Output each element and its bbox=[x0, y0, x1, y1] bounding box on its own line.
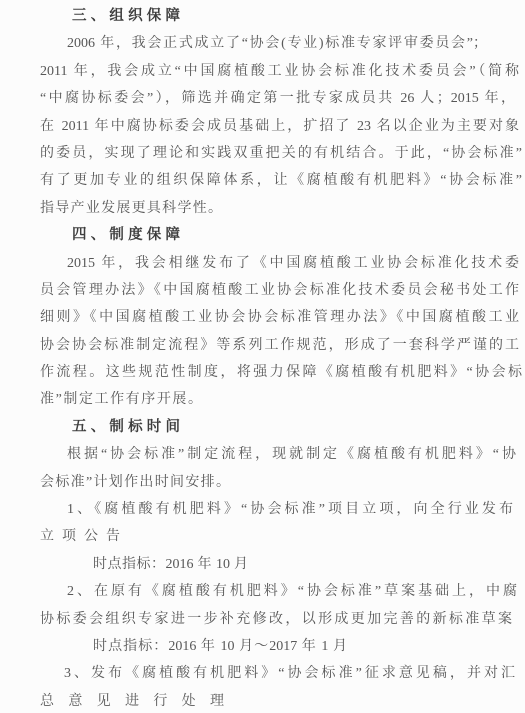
text-line: 2006 年，我会正式成立了“协会(专业)标准专家评审委员会”； bbox=[67, 30, 487, 57]
text-line: 在 2011 年中腐协标委会成员基础上，扩招了 23 名以企业为主要对象 bbox=[40, 113, 519, 140]
section-heading: 三、组织保障 bbox=[72, 3, 180, 30]
text-line: 2011 年，我会成立“中国腐植酸工业协会标准化技术委员会”（简称 bbox=[40, 58, 519, 85]
text-line: 协标委会组织专家进一步补充修改，以形成更加完善的新标准草案 bbox=[40, 606, 512, 633]
text-line: 立项公告 bbox=[40, 523, 120, 550]
document-body: 三、组织保障 2006 年，我会正式成立了“协会(专业)标准专家评审委员会”； … bbox=[40, 3, 522, 713]
text-line: 细则》《中国腐植酸工业协会协会标准管理办法》《中国腐植酸工业 bbox=[40, 304, 519, 331]
text-line: 总意见进行处理 bbox=[40, 688, 224, 713]
section-heading: 四、制度保障 bbox=[72, 222, 180, 249]
text-line: 作流程。这些规范性制度，将强力保障《腐植酸有机肥料》“协会标 bbox=[40, 359, 522, 386]
document-page: 三、组织保障 2006 年，我会正式成立了“协会(专业)标准专家评审委员会”； … bbox=[0, 0, 525, 713]
text-line: 员会管理办法》《中国腐植酸工业协会标准化技术委员会秘书处工作 bbox=[40, 277, 519, 304]
text-line: 协会协会标准制定流程》等系列工作规范，形成了一套科学严谨的工 bbox=[40, 332, 519, 359]
text-line: 2、在原有《腐植酸有机肥料》“协会标准”草案基础上，中腐 bbox=[67, 578, 517, 605]
text-line: 会标准”计划作出时间安排。 bbox=[40, 469, 230, 496]
text-line: 的委员，实现了理论和实践双重把关的有机结合。于此，“协会标准” bbox=[40, 140, 522, 167]
section-heading: 五、制标时间 bbox=[72, 414, 180, 441]
text-line: 根据“协会标准”制定流程，现就制定《腐植酸有机肥料》“协 bbox=[67, 441, 516, 468]
text-line: 2015 年，我会相继发布了《中国腐植酸工业协会标准化技术委 bbox=[67, 250, 519, 277]
text-line: 1、《腐植酸有机肥料》“协会标准”项目立项，向全行业发布 bbox=[67, 496, 513, 523]
text-line: 有了更加专业的组织保障体系，让《腐植酸有机肥料》“协会标准” bbox=[40, 167, 522, 194]
text-line: 准”制定工作有序开展。 bbox=[40, 386, 202, 413]
text-line: “中腐协标委会”），筛选并确定第一批专家成员共 26 人；2015 年， bbox=[40, 85, 515, 112]
text-line: 指导产业发展更具科学性。 bbox=[40, 195, 222, 222]
time-indicator-line: 时点指标：2016 年 10 月～2017 年 1 月 bbox=[93, 633, 347, 660]
time-indicator-line: 时点指标：2016 年 10 月 bbox=[93, 551, 248, 578]
text-line: 3、发布《腐植酸有机肥料》“协会标准”征求意见稿，并对汇 bbox=[64, 660, 515, 687]
